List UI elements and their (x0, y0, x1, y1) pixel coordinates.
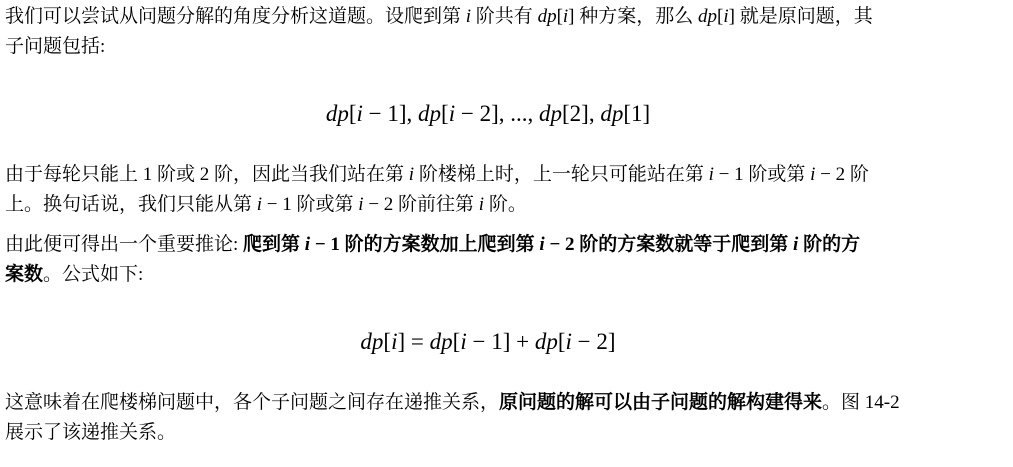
text-run: 阶的方 (798, 234, 860, 255)
inline-math: i − 2 (810, 164, 845, 185)
inline-math: 1 (143, 164, 153, 185)
formula-subproblems: dp[i − 1], dp[i − 2], ..., dp[2], dp[1] (5, 98, 1007, 130)
text-run: 原问题的解可以由子问题的解构建得来 (499, 392, 822, 413)
inline-math: i − 2 (358, 194, 393, 215)
text-run: 就是原问题，其 (735, 6, 873, 27)
document-page: 我们可以尝试从问题分解的角度分析这道题。设爬到第 i 阶共有 dp[i] 种方案… (0, 0, 1013, 448)
inline-math: 2 (200, 164, 210, 185)
inline-math: i − 2 (539, 234, 574, 255)
inline-math: i − 1 (305, 234, 340, 255)
text-run: 阶楼梯上时，上一轮只可能站在第 (414, 164, 709, 185)
text-run: 阶前往第 (393, 194, 479, 215)
inline-math: i − 1 (257, 194, 292, 215)
inline-math: dp[i] (698, 6, 735, 27)
text-run: 由此便可得出一个重要推论: (5, 234, 243, 255)
paragraph-problem-decomposition: 我们可以尝试从问题分解的角度分析这道题。设爬到第 i 阶共有 dp[i] 种方案… (5, 2, 1007, 62)
text-run: 阶，因此当我们站在第 (209, 164, 409, 185)
text-run: 种方案，那么 (575, 6, 699, 27)
text-run: 阶的方案数就等于爬到第 (575, 234, 794, 255)
paragraph-recurrence-summary: 这意味着在爬楼梯问题中，各个子问题之间存在递推关系，原问题的解可以由子问题的解构… (5, 388, 1007, 448)
inline-math: dp[i] (538, 6, 575, 27)
text-run: 阶或第 (292, 194, 359, 215)
text-run: 子问题包括: (5, 36, 105, 57)
text-run: 阶或 (152, 164, 200, 185)
paragraph-step-constraint: 由于每轮只能上 1 阶或 2 阶，因此当我们站在第 i 阶楼梯上时，上一轮只可能… (5, 160, 1007, 220)
text-run: 阶。 (484, 194, 527, 215)
text-run: 阶或第 (744, 164, 811, 185)
text-run: 展示了该递推关系。 (5, 422, 176, 443)
text-run: 由于每轮只能上 (5, 164, 143, 185)
inline-math: dp[i − 1], dp[i − 2], ..., dp[2], dp[1] (326, 101, 650, 126)
text-run: 。公式如下: (43, 264, 143, 285)
inline-math: dp[i] = dp[i − 1] + dp[i − 2] (360, 329, 615, 354)
text-run: 这意味着在爬楼梯问题中，各个子问题之间存在递推关系， (5, 392, 499, 413)
text-run: 阶共有 (471, 6, 538, 27)
text-run: 爬到第 (243, 234, 305, 255)
paragraph-key-conclusion: 由此便可得出一个重要推论: 爬到第 i − 1 阶的方案数加上爬到第 i − 2… (5, 230, 1007, 290)
text-run: 上。换句话说，我们只能从第 (5, 194, 257, 215)
formula-recurrence: dp[i] = dp[i − 1] + dp[i − 2] (5, 326, 1007, 358)
text-run: 。图 14-2 (822, 392, 900, 413)
inline-math: i − 1 (709, 164, 744, 185)
text-run: 阶 (845, 164, 869, 185)
text-run: 阶的方案数加上爬到第 (340, 234, 540, 255)
text-run: 我们可以尝试从问题分解的角度分析这道题。设爬到第 (5, 6, 466, 27)
text-run: 案数 (5, 264, 43, 285)
